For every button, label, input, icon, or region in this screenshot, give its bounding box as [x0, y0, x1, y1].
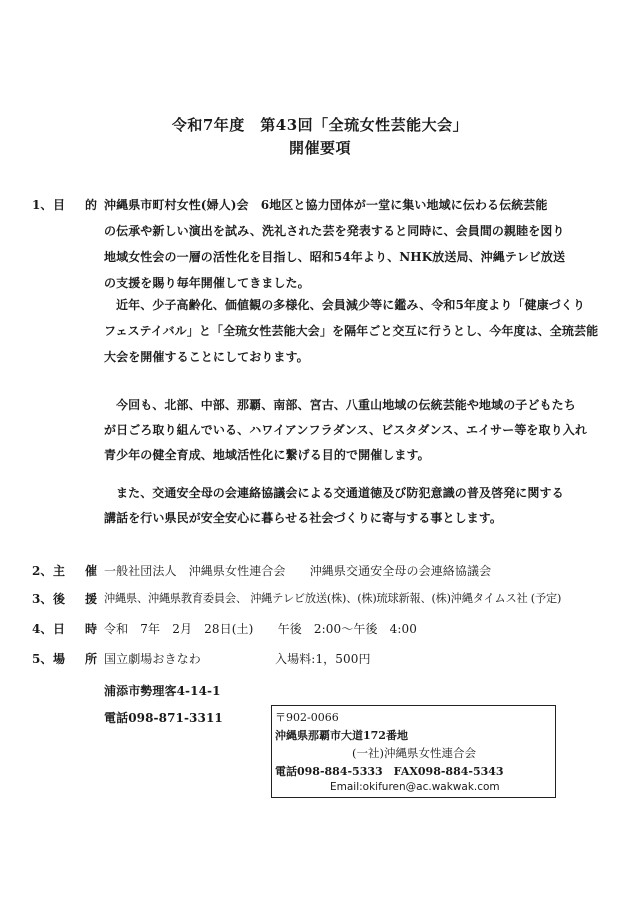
contact-organization: (一社)沖縄県女性連合会: [352, 745, 476, 761]
section-label-first-char: 目: [53, 196, 65, 213]
sponsors-text: 沖縄県、沖縄県教育委員会、 沖縄テレビ放送(株)、(株)琉球新報、(株)沖縄タイ…: [104, 590, 561, 606]
venue-address: 浦添市勢理客4-14-1: [104, 682, 221, 699]
paragraph-line: の支援を賜り毎年開催してきました。: [104, 274, 310, 291]
paragraph-line: 沖縄県市町村女性(婦人)会 6地区と協力団体が一堂に集い地域に伝わる伝統芸能: [104, 196, 548, 213]
paragraph-line: また、交通安全母の会連絡協議会による交通道徳及び防犯意識の普及啓発に関する: [116, 484, 564, 501]
section-label-first-char: 日: [53, 620, 65, 637]
section-number: 1、: [32, 196, 52, 213]
section-label-second-char: 催: [85, 562, 97, 579]
paragraph-line: 今回も、北部、中部、那覇、南部、宮古、八重山地域の伝統芸能や地域の子どもたち: [116, 396, 576, 413]
paragraph-line: 地域女性会の一層の活性化を目指し、昭和54年より、NHK放送局、沖縄テレビ放送: [104, 248, 565, 265]
section-number: 2、: [32, 562, 52, 579]
contact-tel-fax: 電話098-884-5333 FAX098-884-5343: [275, 763, 504, 779]
document-subtitle: 開催要項: [0, 137, 640, 158]
paragraph-line: フェステイバル」と「全琉女性芸能大会」を隔年ごと交互に行うとし、今年度は、全琉芸…: [104, 322, 598, 339]
section-label-first-char: 後: [53, 590, 65, 607]
contact-postal-code: 〒902-0066: [275, 709, 339, 725]
paragraph-line: 大会を開催することにしております。: [104, 348, 309, 365]
section-label-second-char: 時: [85, 620, 97, 637]
paragraph-line: 近年、少子高齢化、価値観の多様化、会員減少等に鑑み、令和5年度より「健康づくり: [116, 296, 585, 313]
organizer-text: 一般社団法人 沖縄県女性連合会 沖縄県交通安全母の会連絡協議会: [104, 562, 491, 579]
section-number: 5、: [32, 650, 52, 667]
contact-box: 〒902-0066 沖縄県那覇市大道172番地 (一社)沖縄県女性連合会 電話0…: [271, 705, 556, 798]
venue-name: 国立劇場おきなわ: [104, 650, 201, 667]
admission-fee: 入場料:1，500円: [275, 650, 371, 667]
contact-address: 沖縄県那覇市大道172番地: [275, 727, 408, 743]
section-label-second-char: 援: [85, 590, 97, 607]
paragraph-line: が日ごろ取り組んでいる、ハワイアンフラダンス、ビスタダンス、エイサー等を取り入れ: [104, 421, 587, 438]
paragraph-line: 青少年の健全育成、地域活性化に繋げる目的で開催します。: [104, 446, 430, 463]
section-number: 3、: [32, 590, 52, 607]
paragraph-line: 講話を行い県民が安全安心に暮らせる社会づくりに寄与する事とします。: [104, 509, 502, 526]
document-title: 令和7年度 第43回「全琉女性芸能大会」: [0, 114, 640, 135]
venue-phone: 電話098-871-3311: [104, 709, 223, 726]
document-page: 令和7年度 第43回「全琉女性芸能大会」 開催要項 1、 目 的 沖縄県市町村女…: [0, 0, 640, 905]
datetime-text: 令和 7年 2月 28日(土) 午後 2:00～午後 4:00: [104, 620, 417, 637]
section-label-second-char: 所: [85, 650, 97, 667]
section-number: 4、: [32, 620, 52, 637]
section-label-second-char: 的: [85, 196, 97, 213]
section-label-first-char: 場: [53, 650, 65, 667]
contact-email-link[interactable]: Email:okifuren@ac.wakwak.com: [330, 781, 500, 793]
section-label-first-char: 主: [53, 562, 65, 579]
paragraph-line: の伝承や新しい演出を試み、洗礼された芸を発表すると同時に、会員間の親睦を図り: [104, 222, 565, 239]
